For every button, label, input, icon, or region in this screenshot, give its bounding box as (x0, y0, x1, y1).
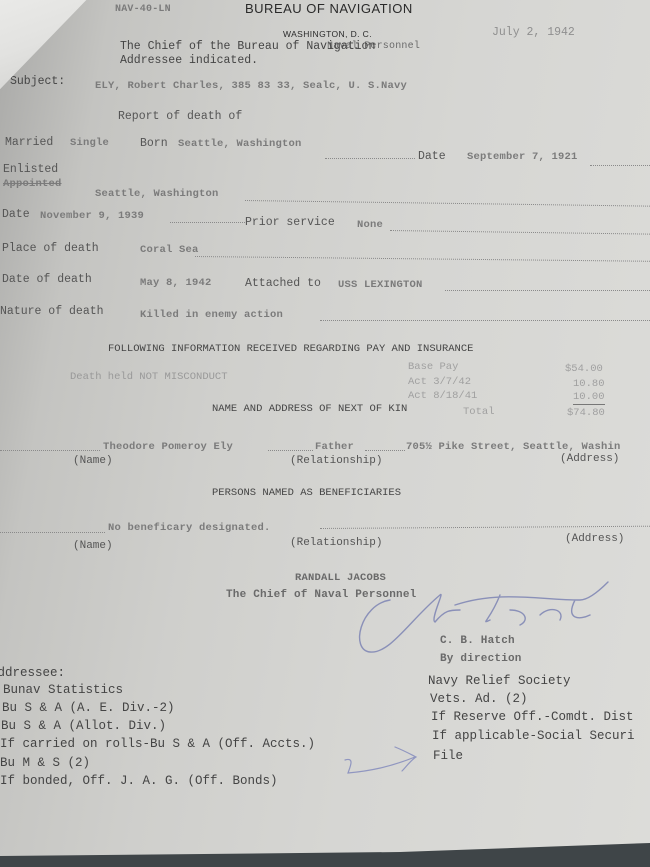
next-of-kin-heading: NAME AND ADDRESS OF NEXT OF KIN (212, 403, 407, 416)
pay-item-amount: 10.00 (573, 391, 605, 405)
subject-value: ELY, Robert Charles, 385 83 33, Sealc, U… (95, 80, 407, 93)
attached-value: USS LEXINGTON (338, 279, 423, 292)
date-of-death-label: Date of death (2, 273, 92, 286)
distribution-item: If applicable-Social Securi (432, 730, 635, 743)
birth-date-value: September 7, 1921 (467, 151, 578, 164)
distribution-item: If bonded, Off. J. A. G. (Off. Bonds) (0, 775, 278, 788)
kin-name-caption: (Name) (73, 455, 113, 468)
pay-item-amount: $54.00 (565, 363, 603, 376)
attached-label: Attached to (245, 277, 321, 290)
pay-item-label: Act 8/18/41 (408, 390, 477, 403)
beneficiary-address-caption: (Address) (565, 533, 624, 546)
enlist-date-value: November 9, 1939 (40, 210, 144, 223)
subject-label: Subject: (10, 75, 65, 88)
distribution-item: Bu M & S (2) (0, 757, 90, 770)
prior-service-label: Prior service (245, 216, 335, 229)
report-title: Report of death of (118, 110, 242, 123)
pay-total-label: Total (463, 406, 495, 419)
bureau-heading: BUREAU OF NAVIGATION (245, 2, 413, 15)
page-curl (0, 0, 130, 110)
to-line1: The Chief of the Bureau of Navigation (120, 40, 375, 53)
beneficiary-relationship-caption: (Relationship) (290, 537, 382, 550)
distribution-item: If Reserve Off.-Comdt. Dist (431, 711, 634, 724)
kin-relationship-caption: (Relationship) (290, 455, 382, 468)
date-of-death-value: May 8, 1942 (140, 277, 212, 290)
beneficiary-name-caption: (Name) (73, 540, 113, 553)
distribution-item: Bu S & A (A. E. Div.-2) (2, 702, 175, 715)
signed-by: C. B. Hatch (440, 635, 515, 648)
nature-of-death-value: Killed in enemy action (140, 309, 283, 322)
distribution-label: Addressee: (0, 667, 65, 680)
by-direction: By direction (440, 653, 522, 666)
distribution-item: Vets. Ad. (2) (430, 693, 528, 706)
enlisted-label: Enlisted (3, 163, 58, 176)
kin-relationship: Father (315, 441, 354, 454)
to-line2: Addressee indicated. (120, 54, 258, 67)
distribution-item: Bunav Statistics (3, 684, 123, 697)
born-value: Seattle, Washington (178, 138, 302, 151)
distribution-item: If carried on rolls-Bu S & A (Off. Accts… (0, 738, 315, 751)
form-number: NAV-40-LN (115, 3, 171, 16)
appointed-label: Appointed (3, 178, 62, 191)
pay-item-amount: 10.80 (573, 378, 605, 391)
appointed-value: Seattle, Washington (95, 188, 219, 201)
married-value: Single (70, 137, 109, 150)
distribution-item: File (433, 750, 463, 763)
married-label: Married (5, 136, 53, 149)
distribution-item: Navy Relief Society (428, 675, 571, 688)
letter-date: July 2, 1942 (492, 26, 575, 39)
pencil-arrow-icon (340, 745, 420, 780)
kin-address-caption: (Address) (560, 453, 619, 466)
beneficiary-value: No beneficary designated. (108, 522, 271, 535)
handwritten-signature (350, 580, 620, 660)
prior-service-value: None (357, 219, 383, 232)
beneficiaries-heading: PERSONS NAMED AS BENEFICIARIES (212, 487, 401, 500)
enlist-date-label: Date (2, 208, 30, 221)
nature-of-death-label: Nature of death (0, 305, 104, 318)
document-page: NAV-40-LN BUREAU OF NAVIGATION WASHINGTO… (0, 0, 650, 867)
pay-heading: FOLLOWING INFORMATION RECEIVED REGARDING… (108, 343, 473, 356)
pay-total-amount: $74.80 (567, 407, 605, 420)
pay-item-label: Base Pay (408, 361, 458, 374)
place-of-death-label: Place of death (2, 242, 99, 255)
misconduct-status: Death held NOT MISCONDUCT (70, 371, 228, 384)
born-label: Born (140, 137, 168, 150)
birth-date-label: Date (418, 150, 446, 163)
place-of-death-value: Coral Sea (140, 244, 199, 257)
pay-item-label: Act 3/7/42 (408, 376, 471, 389)
distribution-item: Bu S & A (Allot. Div.) (1, 720, 166, 733)
kin-name: Theodore Pomeroy Ely (103, 441, 233, 454)
